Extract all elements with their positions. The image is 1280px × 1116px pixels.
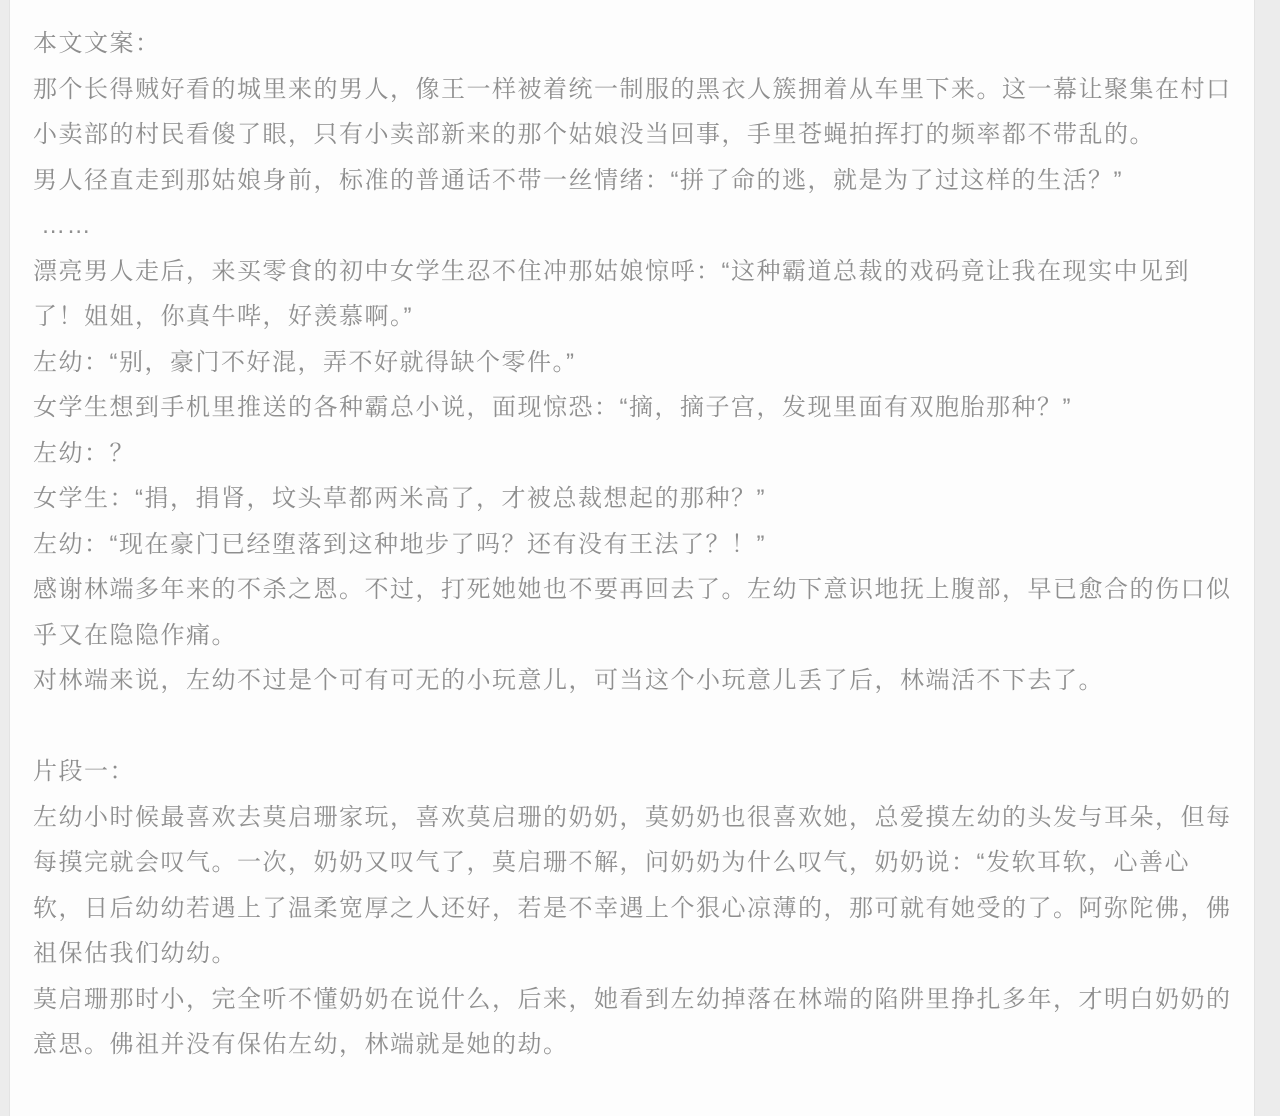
text-line: 漂亮男人走后，来买零食的初中女学生忍不住冲那姑娘惊呼：“这种霸道总裁的戏码竟让我…	[33, 249, 1245, 295]
text-line: 男人径直走到那姑娘身前，标准的普通话不带一丝情绪：“拼了命的逃，就是为了过这样的…	[33, 158, 1245, 204]
text-line: 祖保估我们幼幼。	[33, 931, 1245, 977]
text-line: 左幼小时候最喜欢去莫启珊家玩，喜欢莫启珊的奶奶，莫奶奶也很喜欢她，总爱摸左幼的头…	[33, 795, 1245, 841]
text-line: 左幼：“别，豪门不好混，弄不好就得缺个零件。”	[33, 340, 1245, 386]
text-line: 那个长得贼好看的城里来的男人，像王一样被着统一制服的黑衣人簇拥着从车里下来。这一…	[33, 67, 1245, 113]
text-line: 女学生想到手机里推送的各种霸总小说，面现惊恐：“摘，摘子宫，发现里面有双胞胎那种…	[33, 385, 1245, 431]
text-line: 乎又在隐隐作痛。	[33, 613, 1245, 659]
text-line: 意思。佛祖并没有保佑左幼，林端就是她的劫。	[33, 1022, 1245, 1068]
text-line: ……	[33, 203, 1245, 249]
page-gutter-right	[1254, 0, 1280, 1116]
text-line: 左幼：？	[33, 431, 1245, 477]
text-line: 莫启珊那时小，完全听不懂奶奶在说什么，后来，她看到左幼掉落在林端的陷阱里挣扎多年…	[33, 977, 1245, 1023]
text-line: 对林端来说，左幼不过是个可有可无的小玩意儿，可当这个小玩意儿丢了后，林端活不下去…	[33, 658, 1245, 704]
text-line: 感谢林端多年来的不杀之恩。不过，打死她她也不要再回去了。左幼下意识地抚上腹部，早…	[33, 567, 1245, 613]
document-body: 本文文案：那个长得贼好看的城里来的男人，像王一样被着统一制服的黑衣人簇拥着从车里…	[9, 0, 1255, 1116]
text-line: 左幼：“现在豪门已经堕落到这种地步了吗？还有没有王法了？！”	[33, 522, 1245, 568]
text-line: 小卖部的村民看傻了眼，只有小卖部新来的那个姑娘没当回事，手里苍蝇拍挥打的频率都不…	[33, 112, 1245, 158]
page-gutter-left	[0, 0, 10, 1116]
text-line: 女学生：“捐，捐肾，坟头草都两米高了，才被总裁想起的那种？”	[33, 476, 1245, 522]
text-line: 了！姐姐，你真牛哔，好羡慕啊。”	[33, 294, 1245, 340]
blank-line	[33, 704, 1245, 750]
text-line: 每摸完就会叹气。一次，奶奶又叹气了，莫启珊不解，问奶奶为什么叹气，奶奶说：“发软…	[33, 840, 1245, 886]
text-line: 片段一：	[33, 749, 1245, 795]
text-line: 本文文案：	[33, 21, 1245, 67]
text-line: 软，日后幼幼若遇上了温柔宽厚之人还好，若是不幸遇上个狠心凉薄的，那可就有她受的了…	[33, 886, 1245, 932]
